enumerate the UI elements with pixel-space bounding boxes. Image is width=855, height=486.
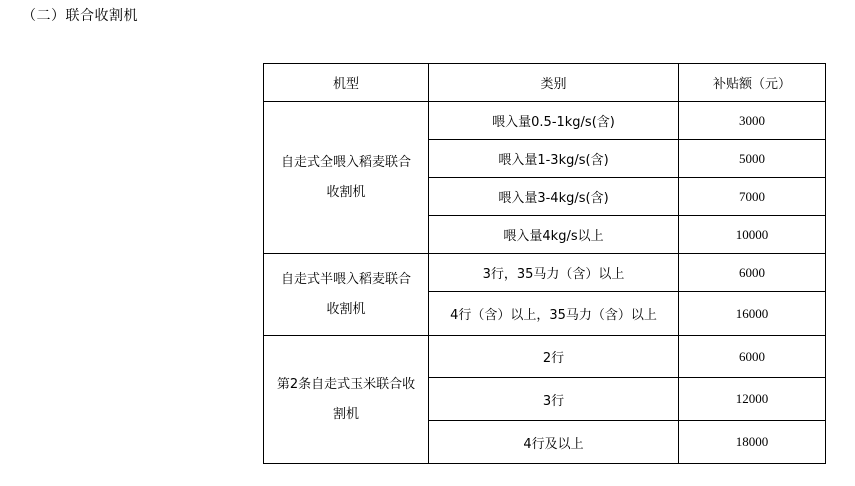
model-cell: 自走式全喂入稻麦联合 收割机 — [264, 102, 429, 254]
amount-cell: 5000 — [679, 140, 826, 178]
amount-cell: 12000 — [679, 378, 826, 421]
amount-cell: 7000 — [679, 178, 826, 216]
model-cell: 自走式半喂入稻麦联合 收割机 — [264, 254, 429, 336]
model-cell: 第2条自走式玉米联合收 割机 — [264, 336, 429, 464]
amount-cell: 18000 — [679, 421, 826, 464]
model-name-line2: 收割机 — [264, 178, 428, 208]
section-title: （二）联合收割机 — [22, 6, 138, 26]
amount-cell: 10000 — [679, 216, 826, 254]
category-cell: 喂入量4kg/s以上 — [429, 216, 679, 254]
subsidy-table: 机型 类别 补贴额（元） 自走式全喂入稻麦联合 收割机 喂入量0.5-1kg/s… — [263, 63, 826, 464]
amount-cell: 6000 — [679, 336, 826, 378]
model-name-line1: 第2条自走式玉米联合收 — [264, 370, 428, 400]
model-name-line2: 收割机 — [264, 295, 428, 325]
model-name-line2: 割机 — [264, 400, 428, 430]
model-name-line1: 自走式半喂入稻麦联合 — [264, 265, 428, 295]
amount-cell: 3000 — [679, 102, 826, 140]
header-amount: 补贴额（元） — [679, 64, 826, 102]
table-row: 自走式半喂入稻麦联合 收割机 3行，35马力（含）以上 6000 — [264, 254, 826, 292]
model-name-line1: 自走式全喂入稻麦联合 — [264, 148, 428, 178]
category-cell: 4行及以上 — [429, 421, 679, 464]
amount-cell: 16000 — [679, 292, 826, 336]
table-row: 第2条自走式玉米联合收 割机 2行 6000 — [264, 336, 826, 378]
category-cell: 喂入量0.5-1kg/s(含) — [429, 102, 679, 140]
category-cell: 3行，35马力（含）以上 — [429, 254, 679, 292]
header-model: 机型 — [264, 64, 429, 102]
category-cell: 喂入量1-3kg/s(含) — [429, 140, 679, 178]
table-header-row: 机型 类别 补贴额（元） — [264, 64, 826, 102]
amount-cell: 6000 — [679, 254, 826, 292]
header-category: 类别 — [429, 64, 679, 102]
table-row: 自走式全喂入稻麦联合 收割机 喂入量0.5-1kg/s(含) 3000 — [264, 102, 826, 140]
category-cell: 3行 — [429, 378, 679, 421]
category-cell: 2行 — [429, 336, 679, 378]
category-cell: 喂入量3-4kg/s(含) — [429, 178, 679, 216]
category-cell: 4行（含）以上，35马力（含）以上 — [429, 292, 679, 336]
